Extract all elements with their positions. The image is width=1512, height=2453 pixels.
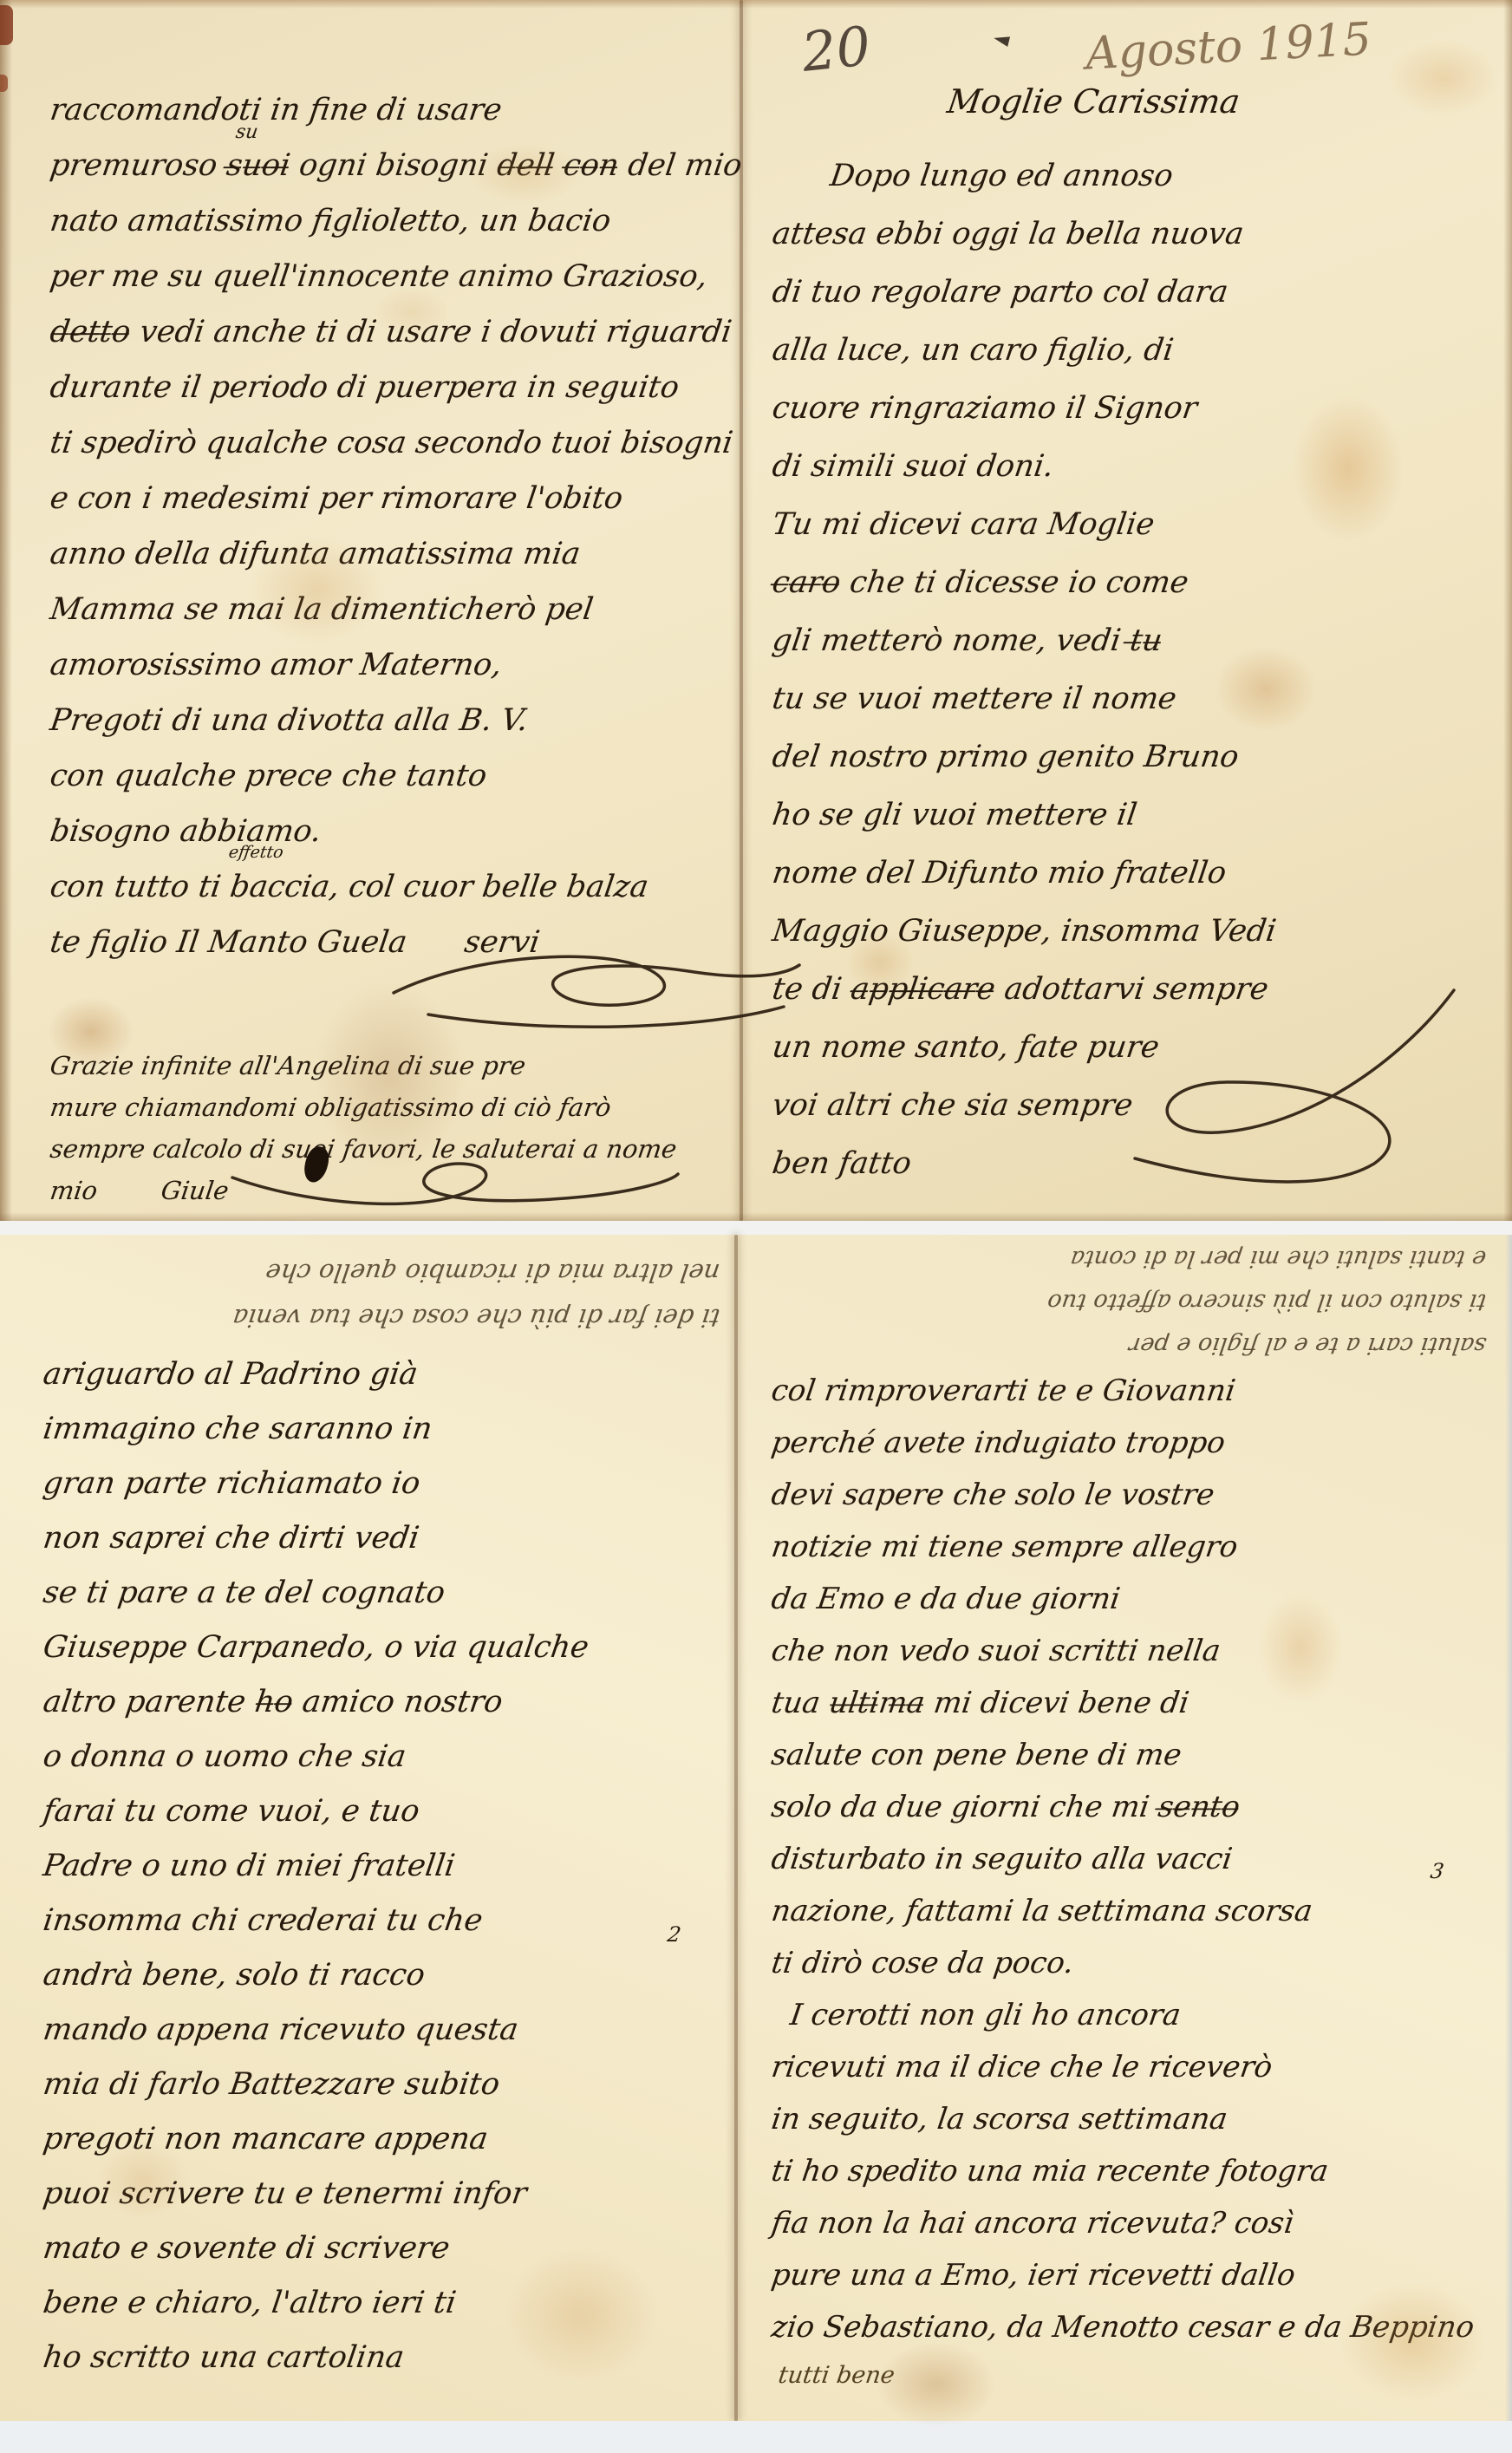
- handwritten-line: Tu mi dicevi cara Moglie: [768, 496, 1501, 554]
- handwritten-line: I cerotti non gli ho ancora: [768, 1989, 1510, 2041]
- handwritten-line: pregoti non mancare appena: [40, 2112, 733, 2167]
- handwritten-line: d̶e̶t̶t̶o̶ vedi anche ti di usare i dovu…: [47, 304, 748, 360]
- handwritten-line: zio Sebastiano, da Menotto cesar e da Be…: [768, 2301, 1510, 2353]
- handwritten-line: mato e sovente di scrivere: [40, 2221, 733, 2276]
- handwritten-line: ricevuti ma il dice che le riceverò: [768, 2041, 1510, 2093]
- handwritten-line: gli metterò nome, vedi t̶u̶: [768, 612, 1501, 670]
- handwritten-line: bisogno abbiamo.: [47, 804, 748, 859]
- handwritten-line: Mamma se mai la dimenticherò pel: [47, 582, 748, 637]
- handwritten-line: del nostro primo genito Bruno: [768, 728, 1501, 786]
- corner-mark: [0, 5, 13, 45]
- handwritten-line: Grazie infinite all'Angelina di sue pre: [48, 1045, 756, 1086]
- handwritten-line: tua u̶l̶t̶i̶m̶a̶ mi dicevi bene di: [768, 1677, 1510, 1729]
- page-bottom-left: ti dei far di più che cosa che tua venia…: [0, 1235, 734, 2421]
- handwritten-line: c̶a̶r̶o̶ che ti dicesse io come: [768, 554, 1501, 612]
- handwritten-line: immagino che saranno in: [40, 1402, 733, 1457]
- handwritten-line: cuore ringraziamo il Signor: [768, 380, 1501, 438]
- handwritten-line: Maggio Giuseppe, insomma Vedi: [768, 903, 1501, 961]
- handwritten-line: e con i medesimi per rimorare l'obito: [47, 471, 748, 526]
- handwritten-line: non saprei che dirti vedi: [40, 1511, 733, 1566]
- handwritten-line: anno della difunta amatissima mia: [47, 526, 748, 582]
- handwritten-line: nazione, fattami la settimana scorsa: [768, 1885, 1510, 1937]
- handwritten-line: notizie mi tiene sempre allegro: [768, 1521, 1510, 1573]
- handwritten-line: premuroso s̶u̶o̶i̶ ogni bisogni d̶e̶l̶l̶…: [47, 138, 748, 193]
- interline-insertion: su: [234, 121, 259, 143]
- handwritten-line: e tanti saluti che mi per la di conta: [768, 1236, 1489, 1280]
- handwritten-line: nato amatissimo figlioletto, un bacio: [47, 193, 748, 249]
- handwritten-line: fia non la hai ancora ricevuta? così: [768, 2197, 1510, 2249]
- handwritten-line: con qualche prece che tanto: [47, 748, 748, 804]
- handwritten-line: ti dirò cose da poco.: [768, 1937, 1510, 1989]
- page-bottom-right: saluti cari a te e al figlio e perti sal…: [737, 1235, 1512, 2421]
- page-top-right: Moglie Carissima Dopo lungo ed annosoatt…: [741, 0, 1507, 1221]
- handwritten-line: o donna o uomo che sia: [40, 1730, 733, 1784]
- scan-bottom-sheet: ti dei far di più che cosa che tua venia…: [0, 1235, 1512, 2421]
- sheet-edge-left: [0, 0, 12, 1221]
- handwritten-line: Padre o uno di miei fratelli: [40, 1839, 733, 1894]
- handwritten-line: altro parente h̶o̶ amico nostro: [40, 1675, 733, 1730]
- handwritten-line: ti saluto con il più sincero affetto tuo: [768, 1280, 1489, 1323]
- handwritten-line: puoi scrivere tu e tenermi infor: [40, 2167, 733, 2221]
- handwritten-line: ti ho spedito una mia recente fotogra: [768, 2145, 1510, 2197]
- page-bottom-right-text: col rimproverarti te e Giovanniperché av…: [772, 1365, 1507, 2353]
- handwritten-line: nome del Difunto mio fratello: [768, 845, 1501, 903]
- upside-down-text: saluti cari a te e al figlio e perti sal…: [772, 1236, 1486, 1367]
- handwritten-line: in seguito, la scorsa settimana: [768, 2093, 1510, 2145]
- handwritten-line: da Emo e da due giorni: [768, 1573, 1510, 1625]
- handwritten-line: disturbato in seguito alla vacci: [768, 1833, 1510, 1885]
- handwritten-line: ti spedirò qualche cosa secondo tuoi bis…: [47, 415, 748, 471]
- letter-salutation: Moglie Carissima: [945, 82, 1242, 121]
- handwritten-line: farai tu come vuoi, e tuo: [40, 1784, 733, 1839]
- signature-flourish: [220, 1143, 688, 1217]
- handwritten-line: di tuo regolare parto col dara: [768, 264, 1501, 322]
- handwritten-line: alla luce, un caro figlio, di: [768, 322, 1501, 380]
- handwritten-line: ho se gli vuoi mettere il: [768, 786, 1501, 845]
- handwritten-line: perché avete indugiato troppo: [768, 1417, 1510, 1469]
- corner-mark: [0, 75, 8, 92]
- handwritten-line: ti dei far di più che cosa che tua venia: [57, 1295, 722, 1341]
- handwritten-line: col rimproverarti te e Giovanni: [768, 1365, 1510, 1417]
- letter-scan: 20 Agosto 1915 raccomandoti in fine di u…: [0, 0, 1512, 2453]
- page-top-left-text: raccomandoti in fine di usarepremuroso s…: [50, 82, 744, 970]
- handwritten-line: durante il periodo di puerpera in seguit…: [47, 360, 748, 415]
- handwritten-line: mando appena ricevuto questa: [40, 2003, 733, 2058]
- handwritten-line: attesa ebbi oggi la bella nuova: [768, 206, 1501, 264]
- scanner-background: [0, 2421, 1512, 2453]
- handwritten-line: saluti cari a te e al figlio e per: [768, 1323, 1489, 1367]
- handwritten-line: andrà bene, solo ti racco: [40, 1948, 733, 2003]
- handwritten-line: con tutto ti baccia, col cuor belle balz…: [47, 859, 748, 915]
- handwritten-line: Pregoti di una divotta alla B. V.: [47, 693, 748, 748]
- handwritten-line: Dopo lungo ed annoso: [768, 147, 1501, 206]
- upside-down-text: ti dei far di più che cosa che tua venia…: [61, 1250, 720, 1341]
- handwritten-line: Giuseppe Carpanedo, o via qualche: [40, 1621, 733, 1675]
- handwritten-line: salute con pene bene di me: [768, 1729, 1510, 1781]
- handwritten-line: solo da due giorni che mi s̶e̶n̶t̶o̶: [768, 1781, 1510, 1833]
- handwritten-line: bene e chiaro, l'altro ieri ti: [40, 2276, 733, 2331]
- handwritten-line: mure chiamandomi obligatissimo di ciò fa…: [48, 1086, 756, 1128]
- closing-note: tutti bene: [777, 2362, 896, 2389]
- handwritten-line: raccomandoti in fine di usare: [47, 82, 748, 138]
- handwritten-line: devi sapere che solo le vostre: [768, 1469, 1510, 1521]
- page-top-left: raccomandoti in fine di usarepremuroso s…: [12, 0, 740, 1221]
- handwritten-line: gran parte richiamato io: [40, 1457, 733, 1511]
- scan-top-sheet: 20 Agosto 1915 raccomandoti in fine di u…: [0, 0, 1512, 1221]
- page-bottom-left-text: ariguardo al Padrino giàimmagino che sar…: [43, 1347, 728, 2385]
- handwritten-line: che non vedo suoi scritti nella: [768, 1625, 1510, 1677]
- handwritten-line: tu se vuoi mettere il nome: [768, 670, 1501, 728]
- handwritten-line: pure una a Emo, ieri ricevetti dallo: [768, 2249, 1510, 2301]
- handwritten-line: per me su quell'innocente animo Grazioso…: [47, 249, 748, 304]
- handwritten-line: amorosissimo amor Materno,: [47, 637, 748, 693]
- handwritten-line: ariguardo al Padrino già: [40, 1347, 733, 1402]
- handwritten-line: insomma chi crederai tu che: [40, 1894, 733, 1948]
- handwritten-line: mia di farlo Battezzare subito: [40, 2058, 733, 2112]
- signature-flourish: [1114, 980, 1487, 1188]
- handwritten-line: ho scritto una cartolina: [40, 2331, 733, 2385]
- handwritten-line: di simili suoi doni.: [768, 438, 1501, 496]
- handwritten-line: nel altra mia di ricambio quello che: [57, 1250, 722, 1295]
- handwritten-line: se ti pare a te del cognato: [40, 1566, 733, 1621]
- interline-insertion: effetto: [227, 843, 284, 862]
- scanner-gap: [0, 1221, 1512, 1235]
